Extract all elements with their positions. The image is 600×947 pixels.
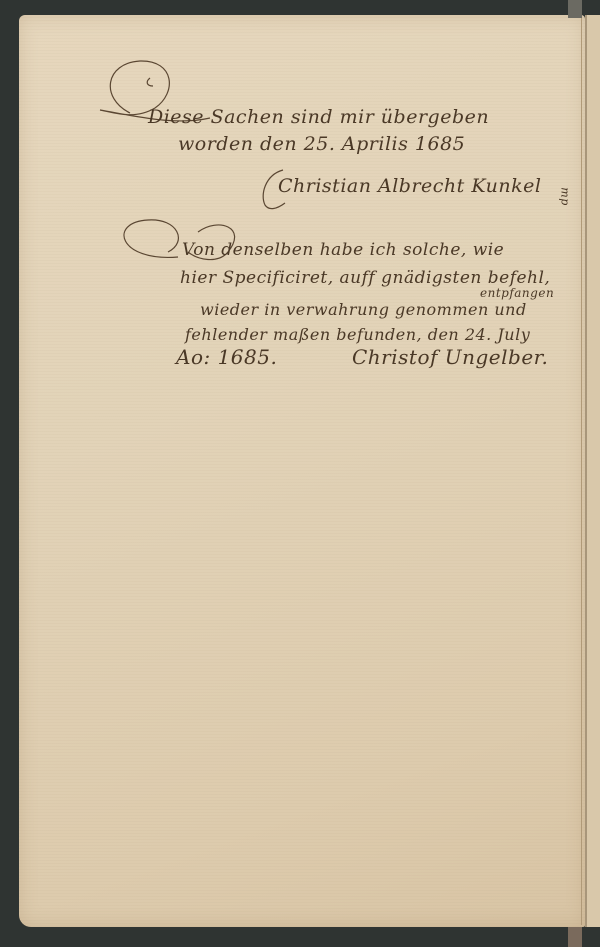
entry2-line3: wieder in verwahrung genommen und (200, 300, 527, 319)
entry2-line2: hier Specificiret, auff gnädigsten befeh… (180, 268, 550, 288)
entry1-line2: worden den 25. Aprilis 1685 (178, 133, 465, 155)
entry2-line1: Von denselben habe ich solche, wie (182, 240, 504, 260)
entry2-insertion: entpfangen (480, 286, 554, 300)
entry2-line4: fehlender maßen befunden, den 24. July (185, 325, 530, 344)
adjacent-page-edge (585, 15, 600, 927)
binding-tab-bottom (568, 927, 582, 947)
entry1-signature-suffix: mp (559, 187, 572, 205)
entry1-line1: Diese Sachen sind mir übergeben (148, 106, 489, 128)
entry2-date-line: Ao: 1685. (176, 345, 277, 369)
binding-tab-top (568, 0, 582, 18)
entry2-signature: Christof Ungelber. (352, 345, 548, 369)
page-fold-line (581, 17, 582, 925)
entry1-signature: Christian Albrecht Kunkel (278, 175, 541, 197)
